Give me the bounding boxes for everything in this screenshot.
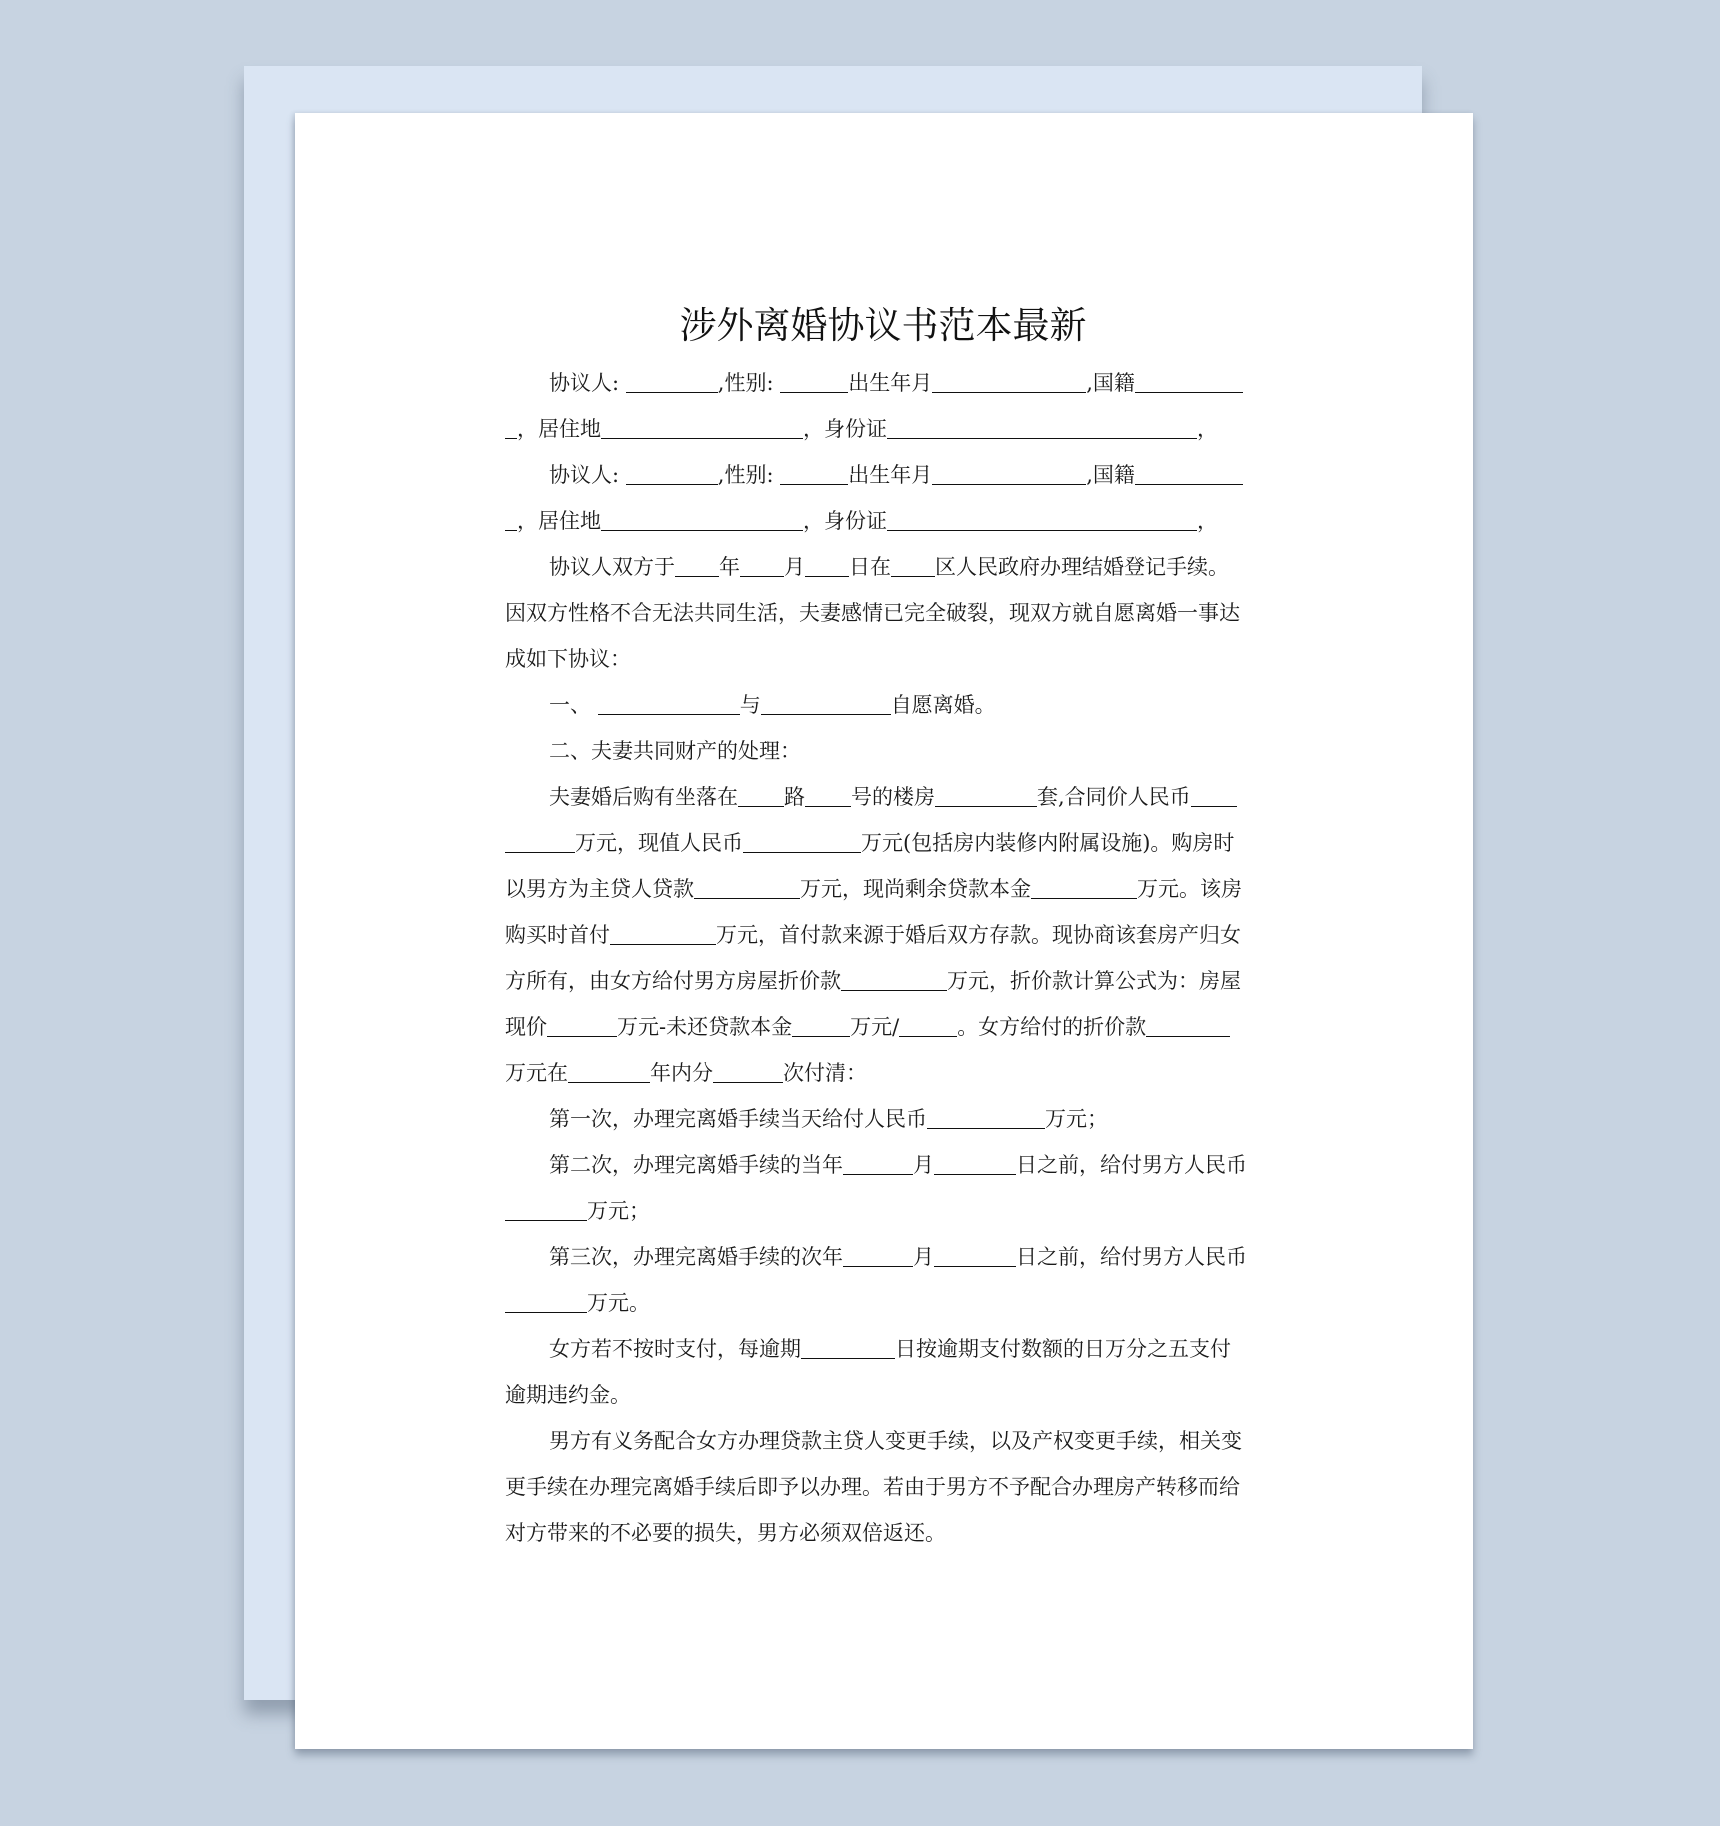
text-line: 万元在年内分次付清：: [505, 1050, 1261, 1096]
text-run: ，身份证: [803, 417, 887, 441]
document-body: 涉外离婚协议书范本最新 协议人: ,性别: 出生年月,国籍，居住地，身份证，协议…: [505, 300, 1261, 1556]
text-run: 日之前，给付男方人民币: [1016, 1245, 1247, 1269]
document-lines: 协议人: ,性别: 出生年月,国籍，居住地，身份证，协议人: ,性别: 出生年月…: [505, 360, 1261, 1556]
text-line: 更手续在办理完离婚手续后即予以办理。若由于男方不予配合办理房产转移而给: [505, 1464, 1261, 1510]
text-run: 万元/: [850, 1015, 899, 1039]
text-run: 与: [740, 693, 761, 717]
text-run: 区人民政府办理结婚登记手续。: [935, 555, 1229, 579]
fill-in-blank[interactable]: [598, 690, 740, 715]
fill-in-blank[interactable]: [934, 1150, 1016, 1175]
fill-in-blank[interactable]: [713, 1058, 783, 1083]
fill-in-blank[interactable]: [505, 1288, 587, 1313]
fill-in-blank[interactable]: [743, 828, 861, 853]
fill-in-blank[interactable]: [601, 414, 803, 439]
text-run: 男方有义务配合女方办理贷款主贷人变更手续，以及产权变更手续，相关变: [549, 1429, 1242, 1453]
fill-in-blank[interactable]: [887, 414, 1197, 439]
fill-in-blank[interactable]: [843, 1242, 913, 1267]
text-run: 购买时首付: [505, 923, 610, 947]
text-line: 第一次，办理完离婚手续当天给付人民币万元；: [505, 1096, 1261, 1142]
text-run: 协议人:: [549, 463, 626, 487]
text-line: 一、 与自愿离婚。: [505, 682, 1261, 728]
text-run: 月: [913, 1153, 934, 1177]
fill-in-blank[interactable]: [1135, 368, 1243, 393]
fill-in-blank[interactable]: [761, 690, 891, 715]
text-line: 万元。: [505, 1280, 1261, 1326]
fill-in-blank[interactable]: [568, 1058, 650, 1083]
fill-in-blank[interactable]: [780, 460, 848, 485]
text-line: 协议人: ,性别: 出生年月,国籍: [505, 360, 1261, 406]
text-run: 一、: [549, 693, 598, 717]
fill-in-blank[interactable]: [935, 782, 1037, 807]
text-line: 成如下协议：: [505, 636, 1261, 682]
text-run: 更手续在办理完离婚手续后即予以办理。若由于男方不予配合办理房产转移而给: [505, 1475, 1240, 1499]
text-run: 因双方性格不合无法共同生活，夫妻感情已完全破裂，现双方就自愿离婚一事达: [505, 601, 1240, 625]
text-line: 协议人: ,性别: 出生年月,国籍: [505, 452, 1261, 498]
text-line: ，居住地，身份证，: [505, 498, 1261, 544]
text-run: 万元(包括房内装修内附属设施)。购房时: [861, 831, 1234, 855]
text-run: 日按逾期支付数额的日万分之五支付: [895, 1337, 1231, 1361]
fill-in-blank[interactable]: [887, 506, 1197, 531]
fill-in-blank[interactable]: [505, 828, 575, 853]
text-run: 出生年月: [848, 371, 932, 395]
text-run: 万元。该房: [1137, 877, 1242, 901]
text-line: ，居住地，身份证，: [505, 406, 1261, 452]
text-line: 协议人双方于年月日在区人民政府办理结婚登记手续。: [505, 544, 1261, 590]
text-run: 次付清：: [783, 1061, 867, 1085]
text-line: 对方带来的不必要的损失，男方必须双倍返还。: [505, 1510, 1261, 1556]
fill-in-blank[interactable]: [505, 414, 517, 439]
text-run: 协议人:: [549, 371, 626, 395]
text-line: 以男方为主贷人贷款万元，现尚剩余贷款本金万元。该房: [505, 866, 1261, 912]
text-run: 夫妻婚后购有坐落在: [549, 785, 738, 809]
fill-in-blank[interactable]: [601, 506, 803, 531]
fill-in-blank[interactable]: [1135, 460, 1243, 485]
text-run: ,性别:: [718, 371, 780, 395]
text-run: 协议人双方于: [549, 555, 675, 579]
fill-in-blank[interactable]: [505, 506, 517, 531]
text-run: 成如下协议：: [505, 647, 631, 671]
text-run: ，: [1197, 417, 1218, 441]
text-line: 女方若不按时支付，每逾期日按逾期支付数额的日万分之五支付: [505, 1326, 1261, 1372]
text-run: 逾期违约金。: [505, 1383, 631, 1407]
fill-in-blank[interactable]: [934, 1242, 1016, 1267]
text-run: 万元-未还贷款本金: [617, 1015, 792, 1039]
text-run: 万元，现尚剩余贷款本金: [800, 877, 1031, 901]
text-run: 对方带来的不必要的损失，男方必须双倍返还。: [505, 1521, 946, 1545]
text-line: 男方有义务配合女方办理贷款主贷人变更手续，以及产权变更手续，相关变: [505, 1418, 1261, 1464]
text-run: 万元，现值人民币: [575, 831, 743, 855]
text-run: 年内分: [650, 1061, 713, 1085]
fill-in-blank[interactable]: [899, 1012, 957, 1037]
fill-in-blank[interactable]: [1031, 874, 1137, 899]
text-run: 套,合同价人民币: [1037, 785, 1191, 809]
fill-in-blank[interactable]: [740, 552, 784, 577]
text-run: 方所有，由女方给付男方房屋折价款: [505, 969, 841, 993]
fill-in-blank[interactable]: [927, 1104, 1045, 1129]
fill-in-blank[interactable]: [626, 460, 718, 485]
text-line: 二、夫妻共同财产的处理：: [505, 728, 1261, 774]
text-run: 日在: [849, 555, 891, 579]
text-run: 万元。: [587, 1291, 650, 1315]
text-run: 二、夫妻共同财产的处理：: [549, 739, 801, 763]
text-run: 年: [719, 555, 740, 579]
text-run: 出生年月: [848, 463, 932, 487]
text-run: 万元，首付款来源于婚后双方存款。现协商该套房产归女: [716, 923, 1241, 947]
fill-in-blank[interactable]: [626, 368, 718, 393]
text-line: 逾期违约金。: [505, 1372, 1261, 1418]
text-run: 以男方为主贷人贷款: [505, 877, 694, 901]
text-line: 现价万元-未还贷款本金万元/。女方给付的折价款: [505, 1004, 1261, 1050]
text-run: ，居住地: [517, 417, 601, 441]
text-line: 夫妻婚后购有坐落在路号的楼房套,合同价人民币: [505, 774, 1261, 820]
fill-in-blank[interactable]: [1146, 1012, 1230, 1037]
fill-in-blank[interactable]: [805, 782, 851, 807]
text-line: 方所有，由女方给付男方房屋折价款万元，折价款计算公式为：房屋: [505, 958, 1261, 1004]
text-run: 月: [784, 555, 805, 579]
text-line: 万元；: [505, 1188, 1261, 1234]
fill-in-blank[interactable]: [843, 1150, 913, 1175]
text-line: 因双方性格不合无法共同生活，夫妻感情已完全破裂，现双方就自愿离婚一事达: [505, 590, 1261, 636]
fill-in-blank[interactable]: [792, 1012, 850, 1037]
text-run: 自愿离婚。: [891, 693, 996, 717]
text-run: 万元，折价款计算公式为：房屋: [947, 969, 1241, 993]
fill-in-blank[interactable]: [780, 368, 848, 393]
fill-in-blank[interactable]: [805, 552, 849, 577]
fill-in-blank[interactable]: [1191, 782, 1237, 807]
text-run: 路: [784, 785, 805, 809]
text-run: ，身份证: [803, 509, 887, 533]
text-run: 日之前，给付男方人民币: [1016, 1153, 1247, 1177]
text-run: 号的楼房: [851, 785, 935, 809]
fill-in-blank[interactable]: [841, 966, 947, 991]
fill-in-blank[interactable]: [675, 552, 719, 577]
text-run: ，居住地: [517, 509, 601, 533]
document-title: 涉外离婚协议书范本最新: [505, 300, 1261, 352]
fill-in-blank[interactable]: [801, 1334, 895, 1359]
text-run: 万元；: [587, 1199, 650, 1223]
text-line: 第二次，办理完离婚手续的当年月日之前，给付男方人民币: [505, 1142, 1261, 1188]
text-run: 万元；: [1045, 1107, 1108, 1131]
text-run: 女方若不按时支付，每逾期: [549, 1337, 801, 1361]
text-line: 购买时首付万元，首付款来源于婚后双方存款。现协商该套房产归女: [505, 912, 1261, 958]
fill-in-blank[interactable]: [610, 920, 716, 945]
fill-in-blank[interactable]: [547, 1012, 617, 1037]
text-line: 第三次，办理完离婚手续的次年月日之前，给付男方人民币: [505, 1234, 1261, 1280]
text-run: ,性别:: [718, 463, 780, 487]
text-run: ,国籍: [1086, 371, 1135, 395]
fill-in-blank[interactable]: [932, 368, 1086, 393]
fill-in-blank[interactable]: [694, 874, 800, 899]
text-run: 现价: [505, 1015, 547, 1039]
fill-in-blank[interactable]: [891, 552, 935, 577]
text-run: 。女方给付的折价款: [957, 1015, 1146, 1039]
fill-in-blank[interactable]: [505, 1196, 587, 1221]
text-run: 第三次，办理完离婚手续的次年: [549, 1245, 843, 1269]
text-run: 第二次，办理完离婚手续的当年: [549, 1153, 843, 1177]
fill-in-blank[interactable]: [932, 460, 1086, 485]
text-line: 万元，现值人民币万元(包括房内装修内附属设施)。购房时: [505, 820, 1261, 866]
fill-in-blank[interactable]: [738, 782, 784, 807]
text-run: 万元在: [505, 1061, 568, 1085]
text-run: 月: [913, 1245, 934, 1269]
text-run: ,国籍: [1086, 463, 1135, 487]
text-run: 第一次，办理完离婚手续当天给付人民币: [549, 1107, 927, 1131]
text-run: ，: [1197, 509, 1218, 533]
